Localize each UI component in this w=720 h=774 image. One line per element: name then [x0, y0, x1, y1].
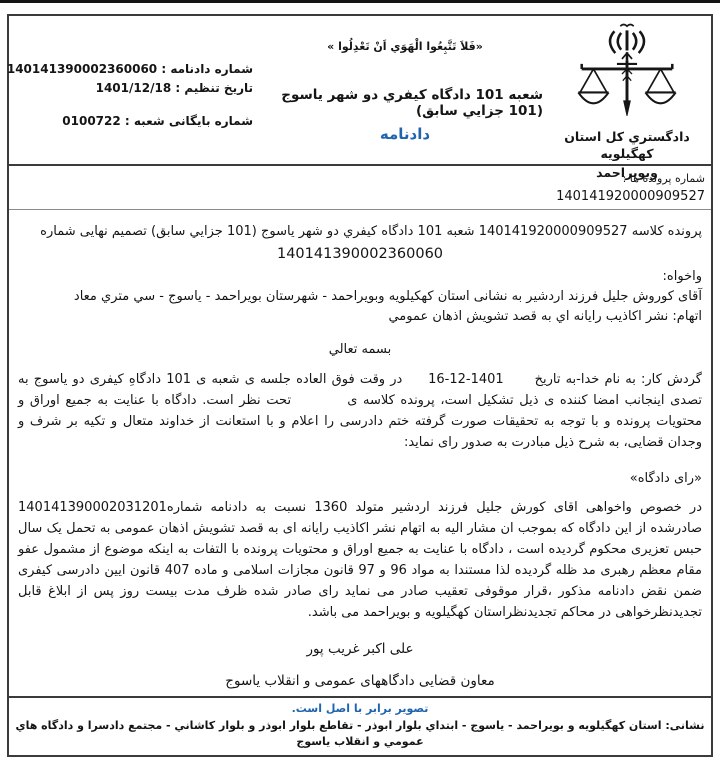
- header-center-block: «فَلاَ تَتَّبِعُوا الْهَوَي اَنْ تَعْدِل…: [267, 16, 543, 164]
- judgment-number-line: شماره دادنامه : 140141390002360060: [15, 60, 253, 79]
- case-number-value: 140141920000909527: [15, 187, 705, 206]
- appellant-label: واخواه:: [18, 267, 702, 286]
- charge-line: اتهام: نشر اکاذیب رایانه اي به قصد تشویش…: [18, 307, 702, 326]
- judgment-number-label: شماره دادنامه :: [161, 62, 253, 76]
- judge-title-line1: معاون قضایی دادگاههای عمومی و انقلاب یاس…: [18, 671, 702, 691]
- header-meta-block: شماره دادنامه : 140141390002360060 تاریخ…: [9, 16, 267, 164]
- justice-scales-emblem-icon: [568, 22, 686, 126]
- archive-number-label: شماره بایگانی شعبه :: [125, 114, 253, 128]
- judgment-body: پرونده کلاسه 140141920000909527 شعبه 101…: [9, 210, 711, 696]
- document-header: دادگستري کل استان کهگیلویه وبویراحمد «فَ…: [9, 16, 711, 166]
- page-top-rule: [0, 0, 720, 3]
- verdict-paragraph: در خصوص واخواهی اقای کورش جلیل فرزند ارد…: [18, 497, 702, 623]
- issue-date-label: تاریخ تنظیم :: [175, 81, 253, 95]
- archive-number-value: 0100722: [62, 114, 120, 128]
- quran-verse: «فَلاَ تَتَّبِعُوا الْهَوَي اَنْ تَعْدِل…: [327, 40, 483, 53]
- case-numbers-strip: شماره پرونده ها : 140141920000909527: [9, 166, 711, 210]
- issue-date-value: 1401/12/18: [96, 81, 172, 95]
- case-numbers-label: شماره پرونده ها :: [15, 170, 705, 187]
- document-footer: تصویر برابر با اصل است. نشانی: استان کهگ…: [9, 696, 711, 755]
- procedure-paragraph: گردش کار: به نام خدا-به تاریخ 1401-12-16…: [18, 369, 702, 453]
- judgment-document: دادگستري کل استان کهگیلویه وبویراحمد «فَ…: [7, 14, 713, 757]
- court-judgment-page: { "colors": { "accent_blue": "#1f64ae", …: [0, 0, 720, 774]
- verdict-heading: «رای دادگاه»: [18, 469, 702, 489]
- final-decision-number: 140141390002360060: [18, 243, 702, 265]
- document-type-title: دادنامه: [380, 125, 430, 143]
- judgment-number-value: 140141390002360060: [7, 62, 157, 76]
- court-address-line: نشانی: استان کهگیلویه و بویراحمد - یاسوج…: [9, 716, 711, 755]
- judge-name: علی اکبر غریب پور: [18, 639, 702, 659]
- case-reference-line: پرونده کلاسه 140141920000909527 شعبه 101…: [18, 222, 702, 242]
- justice-org-name-line1: دادگستري کل استان کهگیلویه: [543, 128, 711, 162]
- archive-number-line: شماره بایگانی شعبه : 0100722: [15, 112, 253, 131]
- issue-date-line: تاریخ تنظیم : 1401/12/18: [15, 79, 253, 98]
- certified-copy-note: تصویر برابر با اصل است.: [9, 698, 711, 716]
- bismillah-line: بسمه تعالي: [18, 342, 702, 357]
- appellant-details-line: آقای کوروش جلیل فرزند اردشیر به نشانی اس…: [18, 287, 702, 306]
- signature-block: علی اکبر غریب پور معاون قضایی دادگاههای …: [18, 639, 702, 696]
- justice-department-block: دادگستري کل استان کهگیلویه وبویراحمد: [543, 16, 711, 164]
- court-branch-title: شعبه 101 دادگاه کیفري دو شهر یاسوج (101 …: [267, 87, 543, 119]
